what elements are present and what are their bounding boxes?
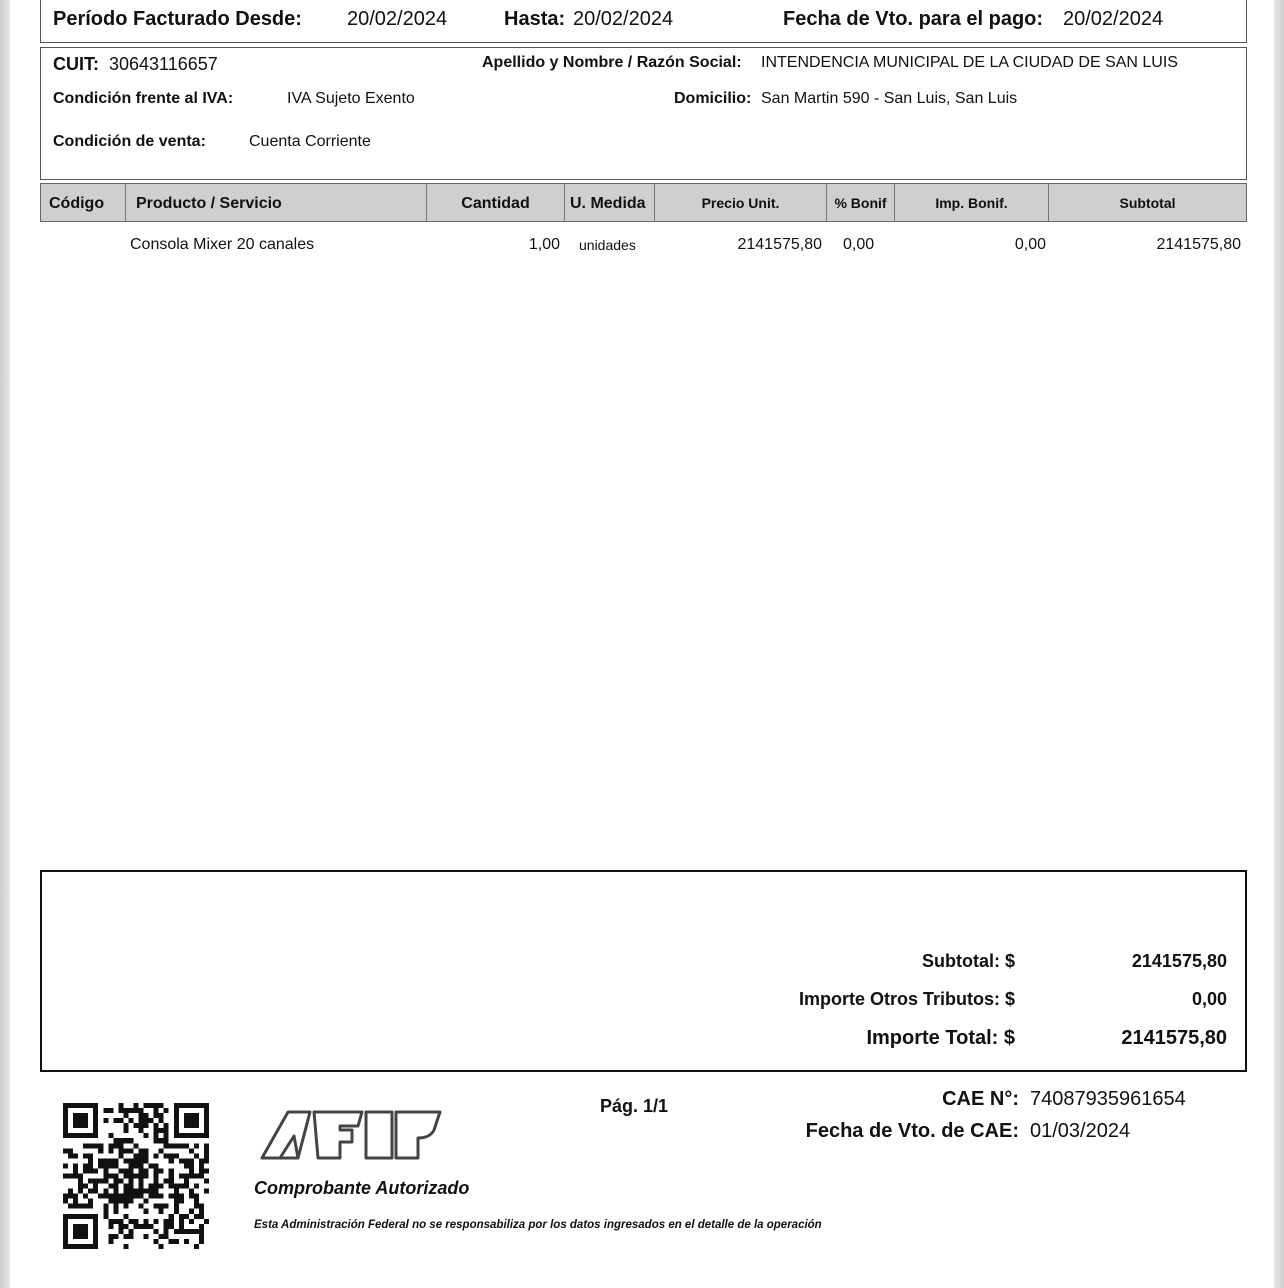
col-bonif-pct: % Bonif (827, 184, 895, 221)
address-value: San Martin 590 - San Luis, San Luis (761, 90, 1017, 108)
row-bonif-pct: 0,00 (843, 236, 874, 254)
items-table-header: Código Producto / Servicio Cantidad U. M… (40, 183, 1247, 222)
period-to-value: 20/02/2024 (573, 8, 673, 31)
cae-due-value: 01/03/2024 (1030, 1120, 1130, 1143)
row-product: Consola Mixer 20 canales (130, 236, 314, 254)
due-date-label: Fecha de Vto. para el pago: (783, 8, 1043, 31)
sale-condition-label: Condición de venta: (53, 133, 206, 151)
cuit-value: 30643116657 (109, 54, 218, 75)
col-bonif-imp: Imp. Bonif. (895, 184, 1049, 221)
row-unit-price: 2141575,80 (737, 236, 822, 254)
due-date-value: 20/02/2024 (1063, 8, 1163, 31)
total-label: Importe Total: $ (866, 1027, 1015, 1050)
period-to-label: Hasta: (504, 8, 565, 31)
cuit-label: CUIT: (53, 54, 99, 75)
cae-due-label: Fecha de Vto. de CAE: (806, 1120, 1019, 1143)
viewer-right-edge (1274, 0, 1284, 1288)
other-taxes-label: Importe Otros Tributos: $ (799, 989, 1015, 1010)
subtotal-label: Subtotal: $ (922, 951, 1015, 972)
qr-code-icon (63, 1103, 209, 1249)
col-producto: Producto / Servicio (126, 184, 427, 221)
total-value: 2141575,80 (1121, 1027, 1227, 1050)
address-label: Domicilio: (674, 90, 751, 108)
viewer-left-edge (0, 0, 10, 1288)
client-info-box: CUIT: 30643116657 Apellido y Nombre / Ra… (40, 47, 1247, 180)
subtotal-value: 2141575,80 (1132, 951, 1227, 972)
totals-box: Subtotal: $ 2141575,80 Importe Otros Tri… (40, 870, 1247, 1072)
period-from-value: 20/02/2024 (347, 8, 447, 31)
col-precio: Precio Unit. (655, 184, 827, 221)
sale-condition-value: Cuenta Corriente (249, 133, 371, 151)
page-number: Pág. 1/1 (600, 1096, 668, 1117)
period-from-label: Período Facturado Desde: (53, 8, 302, 31)
col-unidad: U. Medida (565, 184, 655, 221)
iva-condition-value: IVA Sujeto Exento (287, 90, 415, 108)
billing-period-box: Período Facturado Desde: 20/02/2024 Hast… (40, 0, 1247, 43)
col-cantidad: Cantidad (427, 184, 565, 221)
col-subtotal: Subtotal (1049, 184, 1246, 221)
row-quantity: 1,00 (529, 236, 560, 254)
authorized-label: Comprobante Autorizado (254, 1178, 469, 1199)
business-name-value: INTENDENCIA MUNICIPAL DE LA CIUDAD DE SA… (761, 54, 1178, 72)
business-name-label: Apellido y Nombre / Razón Social: (482, 54, 742, 72)
row-subtotal: 2141575,80 (1156, 236, 1241, 254)
cae-label: CAE N°: (942, 1088, 1019, 1111)
other-taxes-value: 0,00 (1192, 989, 1227, 1010)
row-unit: unidades (579, 237, 636, 253)
iva-condition-label: Condición frente al IVA: (53, 90, 233, 108)
afip-logo-icon (258, 1108, 443, 1164)
cae-value: 74087935961654 (1030, 1088, 1186, 1111)
disclaimer-text: Esta Administración Federal no se respon… (254, 1219, 822, 1231)
row-bonif-imp: 0,00 (1015, 236, 1046, 254)
col-codigo: Código (41, 184, 126, 221)
